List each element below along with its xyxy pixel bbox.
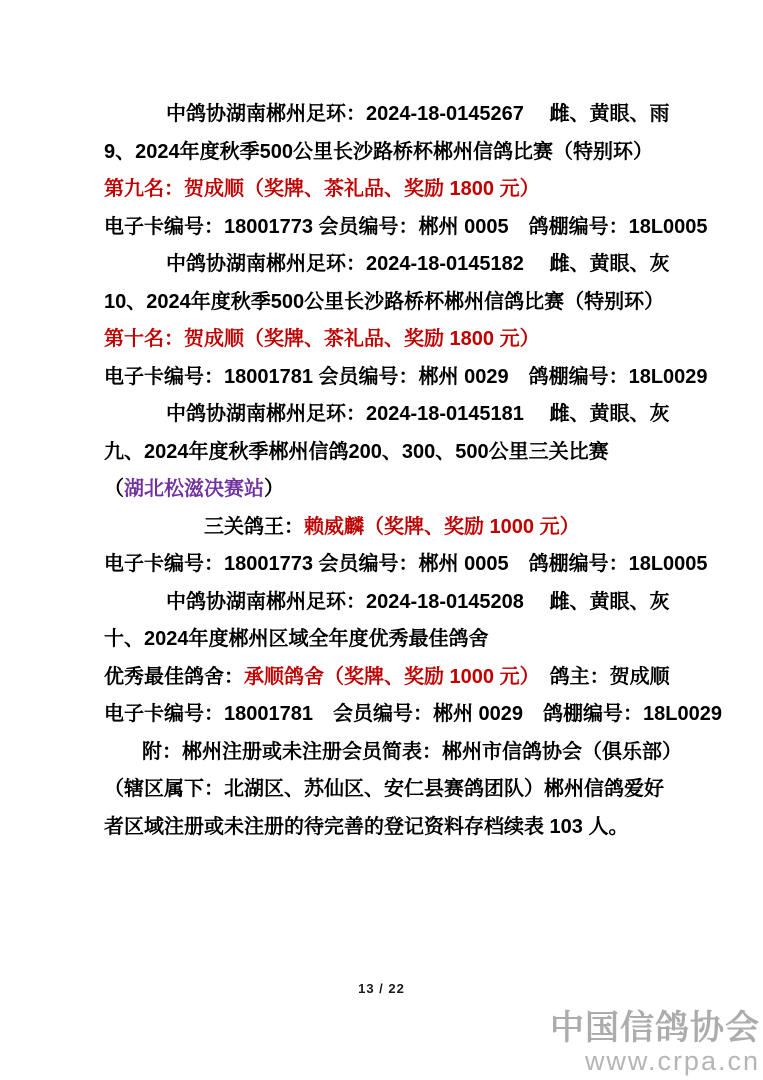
champion-line: 三关鸽王：赖威麟（奖牌、奖励 1000 元）	[104, 509, 684, 547]
text-segment: 湖北松滋决赛站	[124, 478, 264, 500]
text-segment: 九、2024年度秋季郴州信鸽200、300、500公里三关比赛	[104, 441, 609, 463]
text-segment: 十、2024年度郴州区域全年度优秀最佳鸽舍	[104, 628, 489, 650]
text-segment: 赖威麟（奖牌、奖励 1000 元）	[304, 516, 580, 538]
prize-line: 第十名：贺成顺（奖牌、茶礼品、奖励 1800 元）	[104, 321, 684, 359]
text-segment: 者区域注册或未注册的待完善的登记资料存档续表 103 人。	[104, 816, 628, 838]
text-segment: 电子卡编号：18001773 会员编号：郴州 0005 鸽棚编号：18L0005	[104, 553, 708, 575]
text-segment: ）	[264, 478, 284, 500]
watermark-website-url: www.crpa.cn	[550, 1047, 760, 1075]
prize-line: 第九名：贺成顺（奖牌、茶礼品、奖励 1800 元）	[104, 171, 684, 209]
text-segment: 电子卡编号：18001773 会员编号：郴州 0005 鸽棚编号：18L0005	[104, 216, 708, 238]
section-heading-line: 九、2024年度秋季郴州信鸽200、300、500公里三关比赛	[104, 434, 684, 472]
text-segment: 三关鸽王：	[204, 516, 304, 538]
text-segment: 中鸽协湖南郴州足环：2024-18-0145208 雌、黄眼、灰	[166, 591, 669, 613]
text-segment: 10、2024年度秋季500公里长沙路桥杯郴州信鸽比赛（特别环）	[104, 291, 664, 313]
ring-info-line: 中鸽协湖南郴州足环：2024-18-0145267 雌、黄眼、雨	[104, 96, 684, 134]
text-segment: （	[104, 478, 124, 500]
event-title-line: 10、2024年度秋季500公里长沙路桥杯郴州信鸽比赛（特别环）	[104, 284, 684, 322]
text-segment: 中鸽协湖南郴州足环：2024-18-0145267 雌、黄眼、雨	[166, 103, 669, 125]
member-info-line: 电子卡编号：18001781 会员编号：郴州 0029 鸽棚编号：18L0029	[104, 696, 684, 734]
appendix-line: 附：郴州注册或未注册会员简表：郴州市信鸽协会（俱乐部）	[104, 734, 684, 772]
text-segment: 中鸽协湖南郴州足环：2024-18-0145181 雌、黄眼、灰	[166, 403, 669, 425]
member-info-line: 电子卡编号：18001773 会员编号：郴州 0005 鸽棚编号：18L0005	[104, 209, 684, 247]
text-segment: 电子卡编号：18001781 会员编号：郴州 0029 鸽棚编号：18L0029	[104, 366, 708, 388]
member-info-line: 电子卡编号：18001781 会员编号：郴州 0029 鸽棚编号：18L0029	[104, 359, 684, 397]
text-segment: 电子卡编号：18001781 会员编号：郴州 0029 鸽棚编号：18L0029	[104, 703, 722, 725]
page-number: 13 / 22	[0, 981, 763, 996]
ring-info-line: 中鸽协湖南郴州足环：2024-18-0145182 雌、黄眼、灰	[104, 246, 684, 284]
event-title-line: 9、2024年度秋季500公里长沙路桥杯郴州信鸽比赛（特别环）	[104, 134, 684, 172]
section-heading-line: 十、2024年度郴州区域全年度优秀最佳鸽舍	[104, 621, 684, 659]
ring-info-line: 中鸽协湖南郴州足环：2024-18-0145181 雌、黄眼、灰	[104, 396, 684, 434]
document-body: 中鸽协湖南郴州足环：2024-18-0145267 雌、黄眼、雨 9、2024年…	[104, 96, 684, 846]
text-segment: 9、2024年度秋季500公里长沙路桥杯郴州信鸽比赛（特别环）	[104, 141, 653, 163]
text-segment: 中鸽协湖南郴州足环：2024-18-0145182 雌、黄眼、灰	[166, 253, 669, 275]
appendix-line: 者区域注册或未注册的待完善的登记资料存档续表 103 人。	[104, 809, 684, 847]
member-info-line: 电子卡编号：18001773 会员编号：郴州 0005 鸽棚编号：18L0005	[104, 546, 684, 584]
text-segment: 第十名：贺成顺（奖牌、茶礼品、奖励 1800 元）	[104, 328, 540, 350]
best-loft-line: 优秀最佳鸽舍：承顺鸽舍（奖牌、奖励 1000 元） 鸽主：贺成顺	[104, 659, 684, 697]
text-segment: 承顺鸽舍（奖牌、奖励 1000 元）	[244, 666, 530, 688]
ring-info-line: 中鸽协湖南郴州足环：2024-18-0145208 雌、黄眼、灰	[104, 584, 684, 622]
watermark-association-name: 中国信鸽协会	[550, 1011, 760, 1047]
text-segment: 附：郴州注册或未注册会员简表：郴州市信鸽协会（俱乐部）	[142, 741, 682, 763]
appendix-line: （辖区属下：北湖区、苏仙区、安仁县赛鸽团队）郴州信鸽爱好	[104, 771, 684, 809]
text-segment: 优秀最佳鸽舍：	[104, 666, 244, 688]
watermark: 中国信鸽协会 www.crpa.cn	[550, 1011, 760, 1075]
text-segment: （辖区属下：北湖区、苏仙区、安仁县赛鸽团队）郴州信鸽爱好	[104, 778, 664, 800]
race-station-line: （湖北松滋决赛站）	[104, 471, 684, 509]
text-segment: 第九名：贺成顺（奖牌、茶礼品、奖励 1800 元）	[104, 178, 540, 200]
text-segment: 鸽主：贺成顺	[530, 666, 670, 688]
